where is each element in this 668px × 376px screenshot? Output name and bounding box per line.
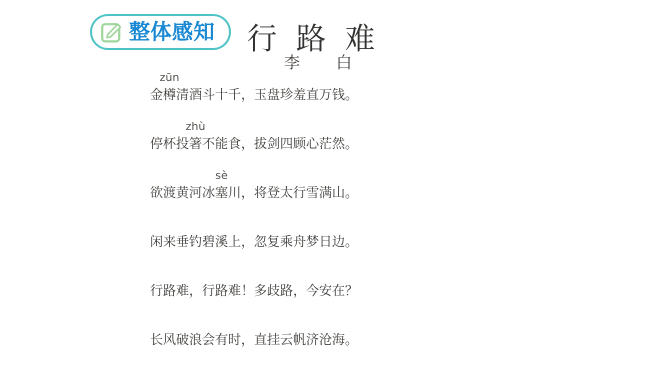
poem-line-text: 欲渡黄河冰塞川，将登太行雪满山。: [150, 185, 358, 201]
poem-body: zūn金樽清酒斗十千，玉盘珍羞直万钱。zhù停杯投箸不能食，拔剑四顾心茫然。sè…: [150, 71, 410, 365]
section-badge: 整体感知: [90, 14, 231, 50]
poem-line: sè欲渡黄河冰塞川，将登太行雪满山。: [150, 169, 410, 218]
poem-line: 行路难，行路难！多歧路，今安在？: [150, 267, 410, 316]
pinyin-annotation: zūn: [160, 72, 180, 83]
section-badge-label: 整体感知: [129, 22, 215, 43]
pinyin-annotation: zhù: [186, 121, 206, 132]
poem-line: zūn金樽清酒斗十千，玉盘珍羞直万钱。: [150, 71, 410, 120]
pinyin-annotation: sè: [215, 170, 228, 181]
poem-line-text: 长风破浪会有时，直挂云帆济沧海。: [150, 332, 358, 348]
poem-line-text: 行路难，行路难！多歧路，今安在？: [150, 283, 358, 299]
poem-line: 长风破浪会有时，直挂云帆济沧海。: [150, 316, 410, 365]
poem-author: 李 白: [284, 50, 368, 73]
poem-line: zhù停杯投箸不能食，拔剑四顾心茫然。: [150, 120, 410, 169]
lesson-slide: 整体感知 行路难 李 白 zūn金樽清酒斗十千，玉盘珍羞直万钱。zhù停杯投箸不…: [0, 0, 668, 376]
poem-line: 闲来垂钓碧溪上，忽复乘舟梦日边。: [150, 218, 410, 267]
poem-line-text: 闲来垂钓碧溪上，忽复乘舟梦日边。: [150, 234, 358, 250]
poem-line-text: 金樽清酒斗十千，玉盘珍羞直万钱。: [150, 87, 358, 103]
edit-pencil-icon: [100, 20, 124, 44]
poem-line-text: 停杯投箸不能食，拔剑四顾心茫然。: [150, 136, 358, 152]
